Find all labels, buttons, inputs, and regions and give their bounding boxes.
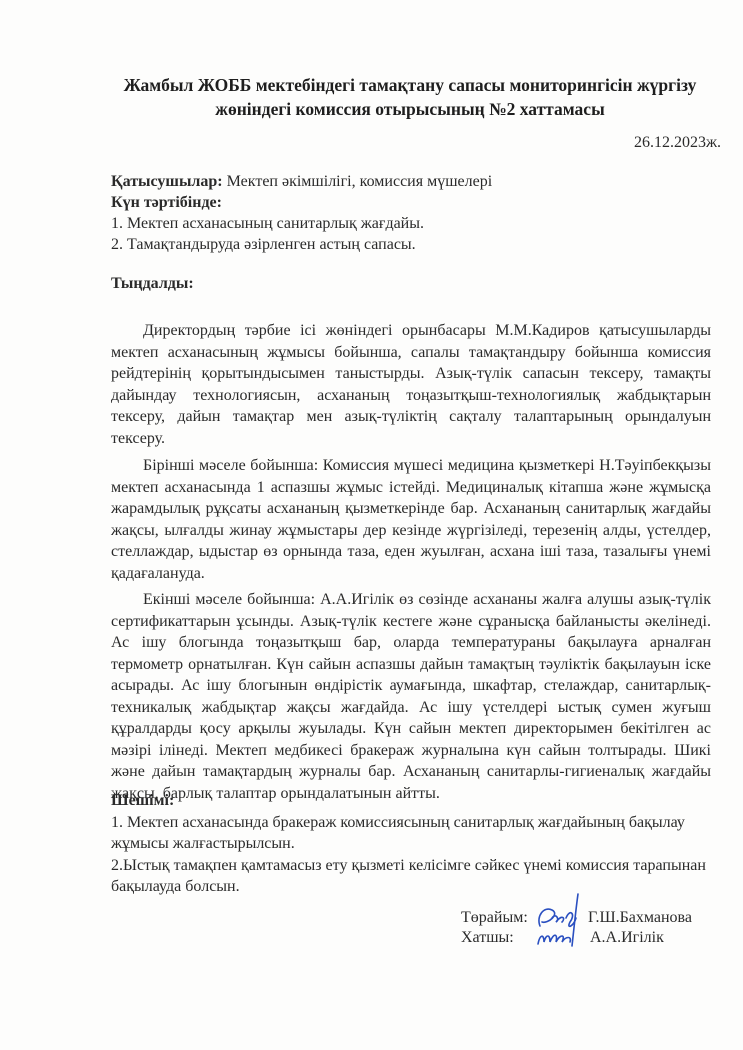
decision-section: Шешімі: 1. Мектеп асханасында бракераж к… [111,790,711,898]
paragraph-intro: Директордың тәрбие ісі жөніндегі орынбас… [111,320,711,449]
document-date: 26.12.2023ж. [634,134,721,152]
heard-label: Тыңдалды: [111,273,711,294]
title-line-1: Жамбыл ЖОББ мектебіндегі тамақтану сапас… [110,73,710,97]
participants-section: Қатысушылар: Мектеп әкімшілігі, комиссия… [111,171,711,255]
title-line-2: жөніндегі комиссия отырысының №2 хаттама… [110,97,710,121]
participants-line: Қатысушылар: Мектеп әкімшілігі, комиссия… [111,171,711,192]
document-title: Жамбыл ЖОББ мектебіндегі тамақтану сапас… [110,73,710,121]
paragraph-second-issue: Екінші мәселе бойынша: А.А.Игілік өз сөз… [111,589,711,804]
agenda-item: 1. Мектеп асханасының санитарлық жағдайы… [111,213,711,234]
agenda-item: 2. Тамақтандыруда әзірленген астың сапас… [111,234,711,255]
decision-item: 1. Мектеп асханасында бракераж комиссияс… [111,812,711,855]
secretary-label: Хатшы: [461,928,514,948]
secretary-name: А.А.Игілік [590,928,664,948]
signature-chair-icon [530,888,590,960]
decision-label: Шешімі: [111,790,711,812]
decision-item: 2.Ыстық тамақпен қамтамасыз ету қызметі … [111,855,711,898]
agenda-label: Күн тәртібінде: [111,192,711,213]
participants-label: Қатысушылар: [111,173,223,190]
chair-name: Г.Ш.Бахманова [588,908,692,928]
document-page: Жамбыл ЖОББ мектебіндегі тамақтану сапас… [0,0,743,1050]
chair-label: Төрайым: [461,908,528,928]
participants-value: Мектеп әкімшілігі, комиссия мүшелері [223,173,493,190]
paragraph-first-issue: Бірінші мәселе бойынша: Комиссия мүшесі … [111,455,711,584]
